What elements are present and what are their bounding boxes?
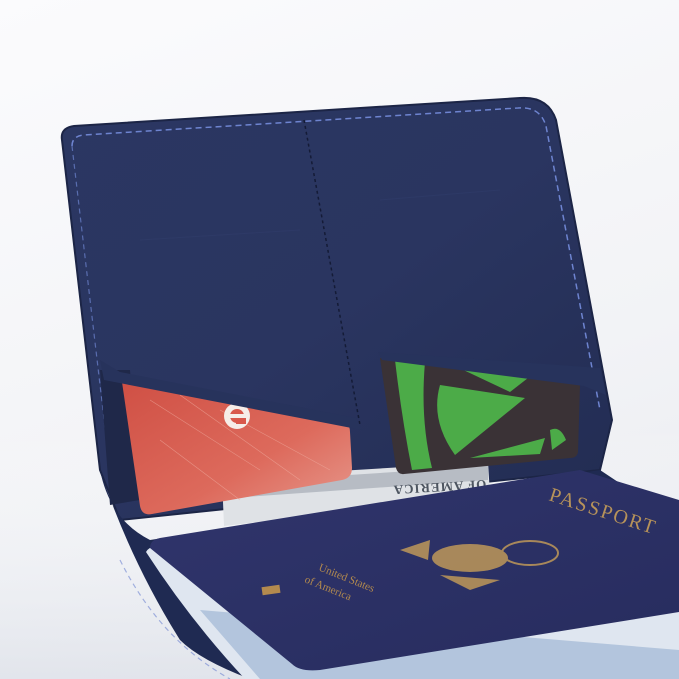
product-photo: OF AMERICA PASSPORT	[0, 0, 679, 679]
